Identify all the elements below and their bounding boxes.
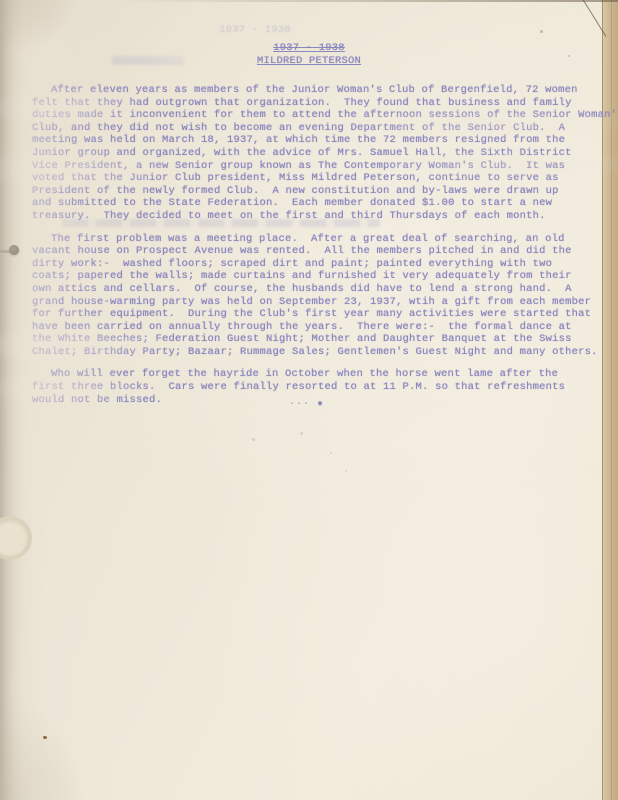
typewritten-body: After eleven years as members of the Jun… <box>32 84 598 416</box>
text-line: President of the newly formed Club. A ne… <box>32 185 598 198</box>
ink-smudge-dot <box>345 470 347 472</box>
text-line: Junior group and organized, with the adv… <box>32 147 598 160</box>
text-line: vacant house on Prospect Avenue was rent… <box>32 245 598 258</box>
text-line: for further equipment. During the Club's… <box>32 308 598 321</box>
text-line: coats; papered the walls; made curtains … <box>32 270 598 283</box>
text-line: Chalet; Birthday Party; Bazaar; Rummage … <box>32 346 598 359</box>
text-line: After eleven years as members of the Jun… <box>32 84 598 97</box>
heading-year-text: 1937 - 1938 <box>273 42 345 54</box>
paper-speck <box>540 30 543 33</box>
page-heading: 1937 - 1938 MILDRED PETERSON <box>0 42 618 67</box>
text-line: The first problem was a meeting place. A… <box>32 233 598 246</box>
heading-name-text: MILDRED PETERSON <box>257 55 361 67</box>
paragraph: The first problem was a meeting place. A… <box>32 233 598 359</box>
heading-name: MILDRED PETERSON <box>0 55 618 68</box>
text-line: own attics and cellars. Of course, the h… <box>32 283 598 296</box>
text-line: voted that the Junior Club president, Mi… <box>32 172 598 185</box>
text-line: Who will ever forget the hayride in Octo… <box>32 368 598 381</box>
text-line: the White Beeches; Federation Guest Nigh… <box>32 333 598 346</box>
text-line: treasury. They decided to meet on the fi… <box>32 210 598 223</box>
ghost-smudge-heading <box>112 56 184 65</box>
text-line: and submitted to the State Federation. E… <box>32 197 598 210</box>
text-line: grand house-warming party was held on Se… <box>32 296 598 309</box>
page-corner-shadow-bottom-left <box>0 640 140 800</box>
text-line: meeting was held on March 18, 1937, at w… <box>32 134 598 147</box>
top-edge-shadow <box>120 0 618 2</box>
text-line: duties made it inconvenient for them to … <box>32 109 598 122</box>
text-line: have been carried on annually through th… <box>32 321 598 334</box>
paragraph: After eleven years as members of the Jun… <box>32 84 598 223</box>
text-line: Vice President, a new Senior group known… <box>32 160 598 173</box>
paper-speck <box>568 55 570 57</box>
ink-smudge-dot <box>330 452 332 454</box>
scanned-document-page: 1937 - 1938 1937 - 1938 MILDRED PETERSON… <box>0 0 618 800</box>
ghost-offset-year: 1937 - 1938 <box>0 24 564 36</box>
ink-smudge-dot <box>300 432 303 435</box>
text-line: first three blocks. Cars were finally re… <box>32 381 598 394</box>
binding-brad-tail <box>0 250 11 253</box>
text-line: felt that they had outgrown that organiz… <box>32 97 598 110</box>
text-line: dirty work:- washed floors; scraped dirt… <box>32 258 598 271</box>
text-line: Club, and they did not wish to become an… <box>32 122 598 135</box>
end-mark: ··· ● <box>289 399 324 410</box>
ink-smudge-dot <box>252 438 255 441</box>
paper-speck <box>43 736 47 739</box>
punched-hole <box>0 516 32 560</box>
heading-year: 1937 - 1938 <box>0 42 618 55</box>
